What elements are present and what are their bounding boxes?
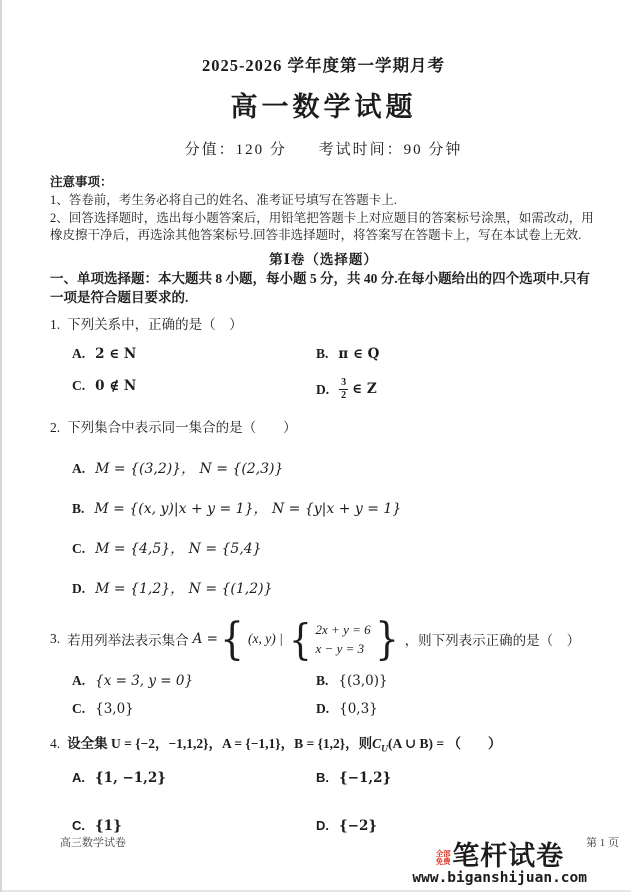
option-value: M = {4,5}， N = {5,4}	[95, 541, 261, 557]
option-value: {(3,0)}	[338, 673, 387, 689]
option-label: B.	[316, 346, 328, 361]
option-label: D.	[72, 581, 85, 596]
close-brace: }	[375, 620, 399, 660]
option-a: A.2 ∈ N	[72, 346, 316, 362]
option-value: M = {(x, y)|x + y = 1}， N = {y|x + y = 1…	[94, 501, 401, 517]
question-4: 4.设全集 U = {−2，−1,1,2}，A = {−1,1}，B = {1,…	[50, 735, 597, 834]
option-value: M = {1,2}， N = {(1,2)}	[95, 581, 272, 597]
section-intro: 一、单项选择题：本大题共 8 小题，每小题 5 分，共 40 分.在每小题给出的…	[50, 270, 597, 307]
cases-brace: {	[289, 621, 312, 659]
option-label: A.	[72, 461, 85, 476]
site-watermark: 全部免费 笔杆试卷 www.biganshijuan.com	[412, 843, 587, 887]
time-info: 考试时间：90 分钟	[319, 142, 463, 158]
option-label: D.	[316, 701, 329, 716]
question-number: 2.	[50, 420, 60, 435]
volume-title: 第Ⅰ卷（选择题）	[50, 248, 597, 268]
option-value: {0,3}	[339, 701, 378, 717]
option-d: D.M = {1,2}， N = {(1,2)}	[50, 578, 597, 598]
option-value: 0 ∉ N	[95, 378, 136, 394]
question-4-stem: 4.设全集 U = {−2，−1,1,2}，A = {−1,1}，B = {1,…	[50, 735, 597, 757]
complement-symbol: C	[372, 736, 381, 751]
option-label: B.	[316, 673, 328, 688]
question-1-stem: 1.下列关系中，正确的是（ ）	[50, 316, 597, 334]
option-c: C.M = {4,5}， N = {5,4}	[50, 538, 597, 558]
option-value: {−1,2}	[339, 770, 391, 786]
option-d: D.{−2}	[316, 818, 597, 834]
option-c: C.{3,0}	[72, 701, 316, 717]
exam-page: 2025-2026 学年度第一学期月考 高一数学试题 分值：120 分 考试时间…	[0, 0, 631, 892]
term-heading: 2025-2026 学年度第一学期月考	[50, 52, 597, 76]
footer-paper-name: 高三数学试卷	[60, 834, 126, 850]
question-text: 下列集合中表示同一集合的是（ ）	[67, 420, 297, 435]
brand-name: 笔杆试卷	[452, 843, 564, 870]
question-number: 3.	[50, 631, 60, 647]
option-label: A.	[72, 673, 85, 688]
notice-section: 注意事项： 1、答卷前，考生务必将自己的姓名、准考证号填写在答题卡上. 2、回答…	[50, 174, 597, 245]
option-b: B.{−1,2}	[316, 770, 597, 786]
option-value: {1}	[95, 818, 122, 834]
option-value: {−2}	[339, 818, 377, 834]
equation-system: 2x + y = 6 x − y = 3	[316, 620, 371, 659]
question-text-suffix: (A ∪ B) = （ ）	[388, 736, 502, 751]
option-c: C.0 ∉ N	[72, 378, 316, 402]
option-value: {x = 3, y = 0}	[95, 673, 193, 689]
score-info: 分值：120 分	[185, 142, 287, 158]
footer-page-number: 第 1 页	[586, 834, 619, 850]
option-label: B.	[72, 501, 84, 516]
option-b: B.π ∈ Q	[316, 346, 597, 362]
page-content: 2025-2026 学年度第一学期月考 高一数学试题 分值：120 分 考试时间…	[2, 0, 631, 834]
question-number: 1.	[50, 317, 60, 332]
brand-url: www.biganshijuan.com	[412, 870, 587, 887]
option-value: M = {(3,2)}， N = {(2,3)}	[95, 461, 283, 477]
open-brace: {	[220, 620, 244, 660]
option-label: D.	[316, 818, 329, 833]
set-builder-expression: A = { (x, y) | { 2x + y = 6 x − y = 3 }	[193, 620, 401, 660]
tuple-term: (x, y) |	[248, 631, 283, 647]
option-value: {3,0}	[95, 701, 134, 717]
option-b: B.{(3,0)}	[316, 673, 597, 689]
option-d: D.32∈ Z	[316, 378, 597, 402]
option-a: A.M = {(3,2)}， N = {(2,3)}	[50, 458, 597, 478]
question-text-suffix: ，则下列表示正确的是（ ）	[405, 629, 581, 649]
option-b: B.M = {(x, y)|x + y = 1}， N = {y|x + y =…	[50, 498, 597, 518]
option-label: C.	[72, 818, 85, 833]
exam-meta: 分值：120 分 考试时间：90 分钟	[50, 138, 597, 159]
option-value: ∈ Z	[352, 382, 377, 398]
question-text: 下列关系中，正确的是（ ）	[67, 317, 243, 332]
option-label: B.	[316, 770, 329, 785]
question-2-stem: 2.下列集合中表示同一集合的是（ ）	[50, 419, 597, 437]
equation-2: x − y = 3	[316, 639, 371, 659]
option-label: A.	[72, 770, 85, 785]
option-d: D.{0,3}	[316, 701, 597, 717]
question-3-stem: 3. 若用列举法表示集合 A = { (x, y) | { 2x + y = 6…	[50, 620, 597, 660]
free-badge: 全部免费	[435, 850, 451, 867]
option-label: C.	[72, 541, 85, 556]
option-value: {1, −1,2}	[95, 770, 166, 786]
complement-subscript: U	[381, 745, 388, 755]
option-label: C.	[72, 701, 85, 716]
set-name: A =	[193, 631, 218, 647]
option-label: C.	[72, 378, 85, 393]
option-value: π ∈ Q	[338, 346, 379, 362]
question-text: 若用列举法表示集合	[67, 629, 189, 649]
question-number: 4.	[50, 736, 60, 751]
question-4-options: A.{1, −1,2} B.{−1,2} C.{1} D.{−2}	[50, 770, 597, 834]
question-2: 2.下列集合中表示同一集合的是（ ） A.M = {(3,2)}， N = {(…	[50, 419, 597, 597]
equation-1: 2x + y = 6	[316, 620, 371, 640]
option-label: A.	[72, 346, 85, 361]
question-1: 1.下列关系中，正确的是（ ） A.2 ∈ N B.π ∈ Q C.0 ∉ N …	[50, 316, 597, 402]
notice-heading: 注意事项：	[50, 174, 597, 192]
fraction: 32	[339, 377, 348, 401]
question-text: 设全集 U = {−2，−1,1,2}，A = {−1,1}，B = {1,2}…	[67, 736, 372, 751]
fraction-numerator: 3	[339, 377, 348, 390]
page-title: 高一数学试题	[50, 85, 597, 124]
option-label: D.	[316, 382, 329, 397]
watermark-brand-row: 全部免费 笔杆试卷	[412, 843, 587, 870]
question-1-options: A.2 ∈ N B.π ∈ Q C.0 ∉ N D.32∈ Z	[50, 346, 597, 402]
option-a: A.{1, −1,2}	[72, 770, 316, 786]
option-a: A.{x = 3, y = 0}	[72, 673, 316, 689]
notice-line-2: 2、回答选择题时，选出每小题答案后，用铅笔把答题卡上对应题目的答案标号涂黑，如需…	[50, 210, 597, 246]
question-3-options: A.{x = 3, y = 0} B.{(3,0)} C.{3,0} D.{0,…	[50, 673, 597, 717]
option-c: C.{1}	[72, 818, 316, 834]
notice-line-1: 1、答卷前，考生务必将自己的姓名、准考证号填写在答题卡上.	[50, 192, 597, 210]
fraction-denominator: 2	[341, 390, 346, 402]
option-value: 2 ∈ N	[95, 346, 136, 362]
question-3: 3. 若用列举法表示集合 A = { (x, y) | { 2x + y = 6…	[50, 620, 597, 718]
